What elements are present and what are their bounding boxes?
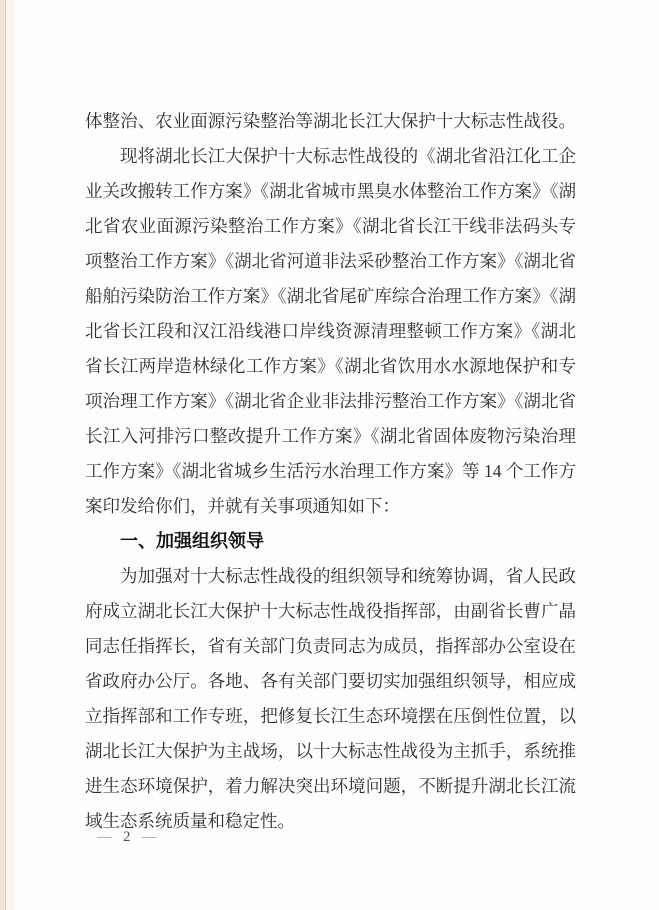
text-line: 省长江两岸造林绿化工作方案》《湖北省饮用水水源地保护和专: [85, 349, 576, 384]
text-line: 工作方案》《湖北省城乡生活污水治理工作方案》等 14 个工作方: [85, 454, 576, 489]
text-line: 同志任指挥长，省有关部门负责同志为成员，指挥部办公室设在: [85, 629, 576, 664]
text-line: 长江入河排污口整改提升工作方案》《湖北省固体废物污染治理: [85, 419, 576, 454]
text-line: 域生态系统质量和稳定性。: [85, 804, 576, 839]
footer-right-dash: —: [142, 829, 157, 845]
text-line: 项治理工作方案》《湖北省企业非法排污整治工作方案》《湖北省: [85, 384, 576, 419]
document-body: 体整治、农业面源污染整治等湖北长江大保护十大标志性战役。 现将湖北长江大保护十大…: [85, 104, 576, 839]
text-line: 体整治、农业面源污染整治等湖北长江大保护十大标志性战役。: [85, 104, 576, 139]
scan-edge-shadow: [6, 0, 15, 910]
text-line: 进生态环境保护，着力解决突出环境问题，不断提升湖北长江流: [85, 769, 576, 804]
text-line: 立指挥部和工作专班，把修复长江生态环境摆在压倒性位置，以: [85, 699, 576, 734]
text-line: 案印发给你们，并就有关事项通知如下：: [85, 489, 576, 524]
text-line: 为加强对十大标志性战役的组织领导和统筹协调，省人民政: [85, 559, 576, 594]
text-line: 府成立湖北长江大保护十大标志性战役指挥部，由副省长曹广晶: [85, 594, 576, 629]
document-page: 体整治、农业面源污染整治等湖北长江大保护十大标志性战役。 现将湖北长江大保护十大…: [0, 0, 659, 910]
text-line: 北省长江段和汉江沿线港口岸线资源清理整顿工作方案》《湖北: [85, 314, 576, 349]
text-line: 项整治工作方案》《湖北省河道非法采砂整治工作方案》《湖北省: [85, 244, 576, 279]
text-line: 省政府办公厅。各地、各有关部门要切实加强组织领导，相应成: [85, 664, 576, 699]
text-line: 业关改搬转工作方案》《湖北省城市黑臭水体整治工作方案》《湖: [85, 174, 576, 209]
text-line: 湖北长江大保护为主战场，以十大标志性战役为主抓手，系统推: [85, 734, 576, 769]
footer-left-dash: —: [97, 829, 112, 845]
page-number: —2—: [97, 826, 157, 848]
text-line: 船舶污染防治工作方案》《湖北省尾矿库综合治理工作方案》《湖: [85, 279, 576, 314]
section-heading: 一、加强组织领导: [85, 524, 576, 559]
text-line: 现将湖北长江大保护十大标志性战役的《湖北省沿江化工企: [85, 139, 576, 174]
text-line: 北省农业面源污染整治工作方案》《湖北省长江干线非法码头专: [85, 209, 576, 244]
footer-page-number: 2: [123, 829, 131, 845]
